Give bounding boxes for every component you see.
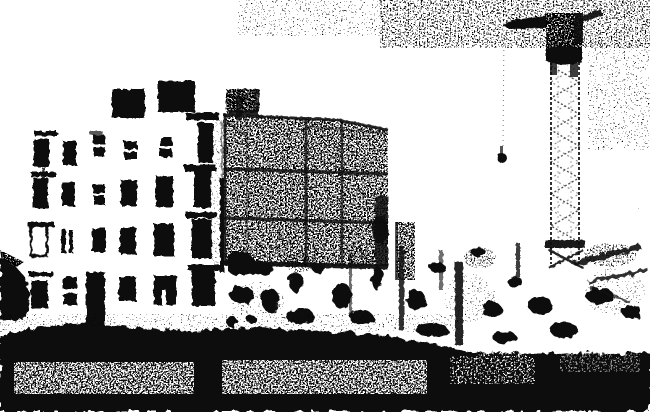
upright-post xyxy=(455,262,463,345)
chimney-stack xyxy=(112,89,145,118)
crane-cab-edge xyxy=(574,13,583,43)
cloud-band xyxy=(588,148,650,210)
window xyxy=(94,196,105,205)
debris-shadow xyxy=(622,305,642,319)
mast-speckle xyxy=(549,62,581,262)
debris-shadow xyxy=(550,322,578,338)
window xyxy=(120,227,136,254)
window xyxy=(93,184,105,193)
chimney-stack xyxy=(158,81,195,112)
window-mullion xyxy=(162,290,166,305)
window xyxy=(160,137,172,146)
lintel xyxy=(90,131,103,135)
debris-shadow xyxy=(252,261,272,275)
wall-corner-post xyxy=(236,96,242,120)
light-patch xyxy=(560,352,640,372)
crane-hook-ball xyxy=(497,153,507,163)
window xyxy=(192,270,215,306)
debris-shadow xyxy=(261,288,279,312)
window xyxy=(160,149,172,157)
cloud-band xyxy=(588,42,650,150)
window xyxy=(93,135,105,144)
lintel xyxy=(186,212,217,218)
window xyxy=(92,228,106,252)
debris-shadow xyxy=(471,247,485,257)
window xyxy=(154,224,174,256)
window xyxy=(156,176,173,207)
debris-shadow xyxy=(407,289,425,311)
window xyxy=(63,293,77,305)
light-patch xyxy=(478,350,526,384)
debris-shadow xyxy=(482,302,502,318)
lintel xyxy=(29,272,54,277)
cloud-band xyxy=(596,0,650,44)
cloud-band xyxy=(238,0,383,36)
window xyxy=(194,170,211,208)
photo-canvas: Demolition site with tower crane High-co… xyxy=(0,0,650,412)
debris-shadow xyxy=(312,263,324,273)
debris-shadow xyxy=(371,266,383,290)
window xyxy=(121,180,137,206)
chimney-stack-grey xyxy=(226,89,259,116)
window xyxy=(62,182,75,206)
light-streak xyxy=(14,362,194,394)
debris-shadow xyxy=(230,286,254,304)
window xyxy=(124,152,137,159)
chimney-grey-edge xyxy=(254,90,259,112)
upright-post xyxy=(516,243,520,279)
debris-shadow xyxy=(289,272,303,292)
window xyxy=(34,139,49,167)
light-streak xyxy=(222,360,427,394)
cloud-wisp xyxy=(193,6,219,30)
halftone-photo: Demolition site with tower crane High-co… xyxy=(0,0,650,412)
window xyxy=(61,230,66,253)
window xyxy=(192,219,212,258)
window xyxy=(63,141,76,165)
lintel xyxy=(186,113,219,120)
window xyxy=(69,230,73,253)
upright-post xyxy=(349,255,352,315)
window xyxy=(119,277,136,301)
upright-post xyxy=(439,250,443,290)
crane-cab-base-band xyxy=(546,46,582,65)
debris-shadow xyxy=(430,263,446,273)
window xyxy=(63,277,77,289)
window xyxy=(33,178,48,208)
lintel xyxy=(34,131,57,136)
rubble-chunk xyxy=(284,252,316,272)
debris-shadow xyxy=(528,296,552,314)
wall-dark-blob xyxy=(372,216,388,244)
debris-shadow xyxy=(493,332,517,344)
window xyxy=(94,147,105,157)
window xyxy=(198,123,213,163)
window xyxy=(124,141,137,149)
crane-mast xyxy=(545,62,585,268)
building-corner-edge xyxy=(221,122,223,180)
window xyxy=(31,280,48,308)
